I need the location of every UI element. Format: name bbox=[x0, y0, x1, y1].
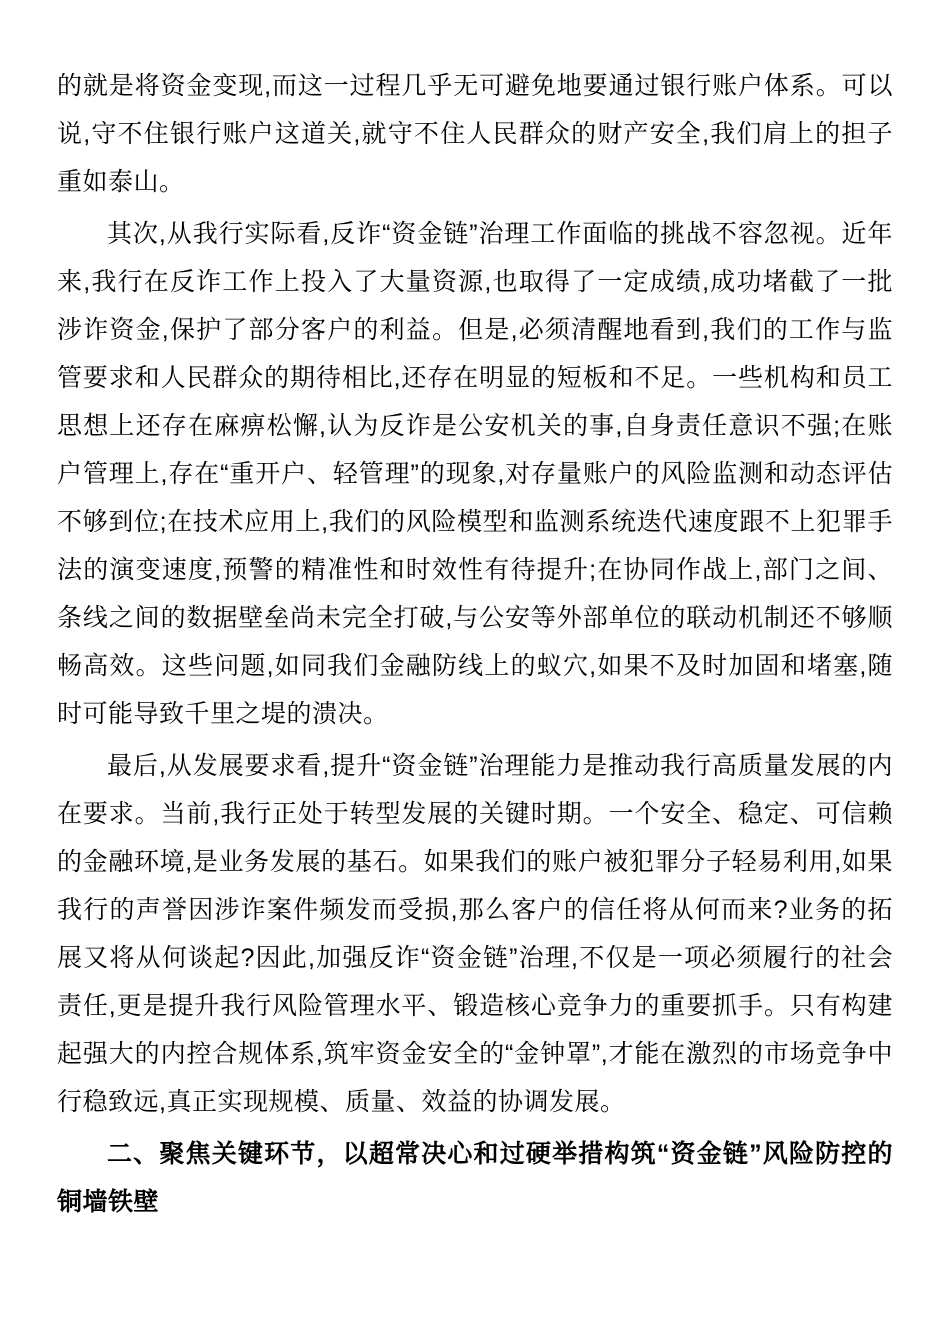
paragraph-continuation: 的就是将资金变现,而这一过程几乎无可避免地要通过银行账户体系。可以说,守不住银行… bbox=[57, 62, 893, 206]
paragraph-development: 最后,从发展要求看,提升“资金链”治理能力是推动我行高质量发展的内在要求。当前,… bbox=[57, 742, 893, 1126]
paragraph-challenges: 其次,从我行实际看,反诈“资金链”治理工作面临的挑战不容忽视。近年来,我行在反诈… bbox=[57, 210, 893, 738]
document-page: 的就是将资金变现,而这一过程几乎无可避免地要通过银行账户体系。可以说,守不住银行… bbox=[0, 0, 950, 1344]
section-heading: 二、聚焦关键环节，以超常决心和过硬举措构筑“资金链”风险防控的铜墙铁壁 bbox=[57, 1130, 893, 1226]
